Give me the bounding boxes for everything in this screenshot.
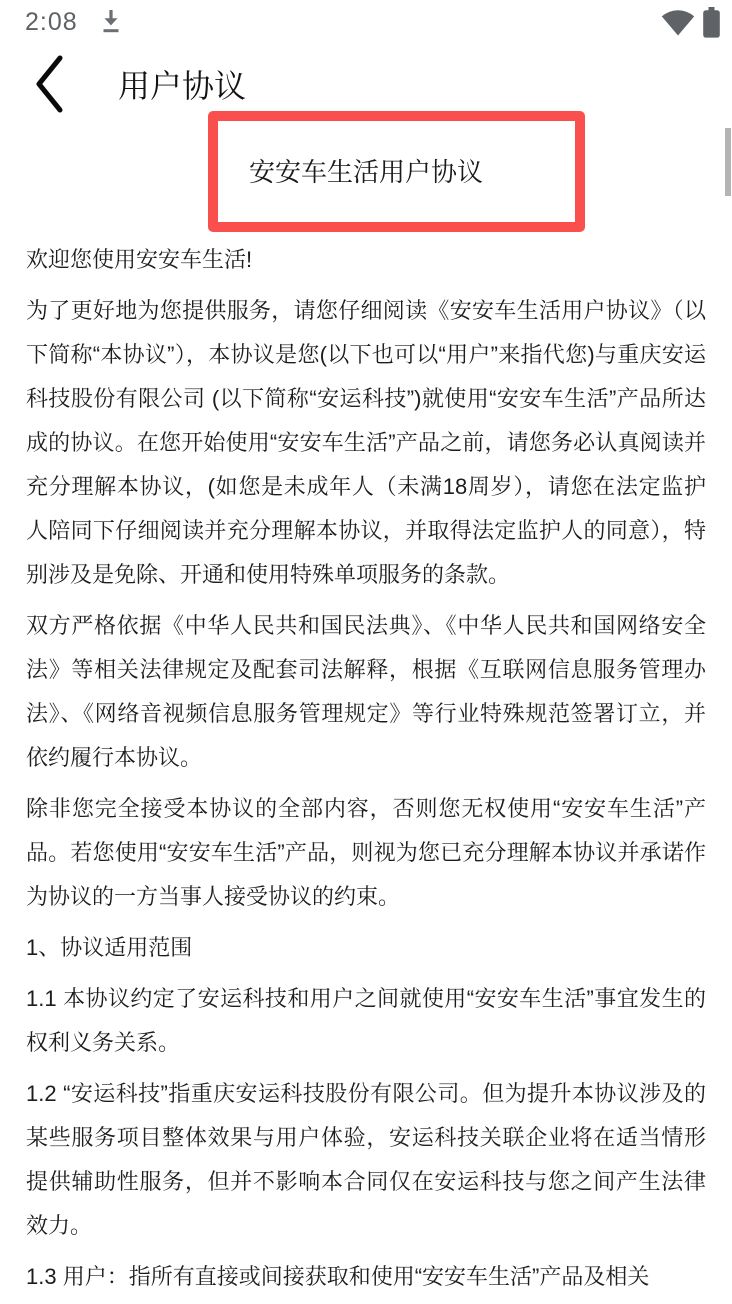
agreement-paragraph: 欢迎您使用安安车生活! (26, 238, 706, 282)
back-arrow-icon (34, 54, 64, 114)
status-time: 2:08 (25, 8, 78, 37)
agreement-paragraph: 1.3 用户：指所有直接或间接获取和使用“安安车生活”产品及相关 (26, 1255, 706, 1299)
agreement-content[interactable]: 安安车生活用户协议 欢迎您使用安安车生活! 为了更好地为您提供服务，请您仔细阅读… (0, 122, 732, 1304)
agreement-body: 欢迎您使用安安车生活! 为了更好地为您提供服务，请您仔细阅读《安安车生活用户协议… (26, 238, 706, 1299)
page-title: 用户协议 (118, 61, 246, 107)
document-title: 安安车生活用户协议 (26, 152, 706, 192)
scrollbar-thumb[interactable] (725, 128, 731, 196)
agreement-paragraph: 为了更好地为您提供服务，请您仔细阅读《安安车生活用户协议》（以下简称“本协议”）… (26, 289, 706, 597)
battery-icon (703, 7, 720, 38)
agreement-paragraph: 除非您完全接受本协议的全部内容，否则您无权使用“安安车生活”产品。若您使用“安安… (26, 787, 706, 919)
user-agreement-screen: 2:08 用户协议 (0, 0, 732, 1304)
status-bar: 2:08 (0, 0, 732, 45)
agreement-paragraph: 1、协议适用范围 (26, 926, 706, 970)
agreement-paragraph: 1.1 本协议约定了安运科技和用户之间就使用“安安车生活”事宜发生的权利义务关系… (26, 977, 706, 1065)
agreement-paragraph: 双方严格依据《中华人民共和国民法典》、《中华人民共和国网络安全法》等相关法律规定… (26, 604, 706, 780)
agreement-paragraph: 1.2 “安运科技”指重庆安运科技股份有限公司。但为提升本协议涉及的某些服务项目… (26, 1072, 706, 1248)
app-bar: 用户协议 (0, 45, 732, 122)
download-icon (100, 9, 122, 36)
back-button[interactable] (33, 54, 65, 114)
wifi-icon (661, 10, 695, 36)
